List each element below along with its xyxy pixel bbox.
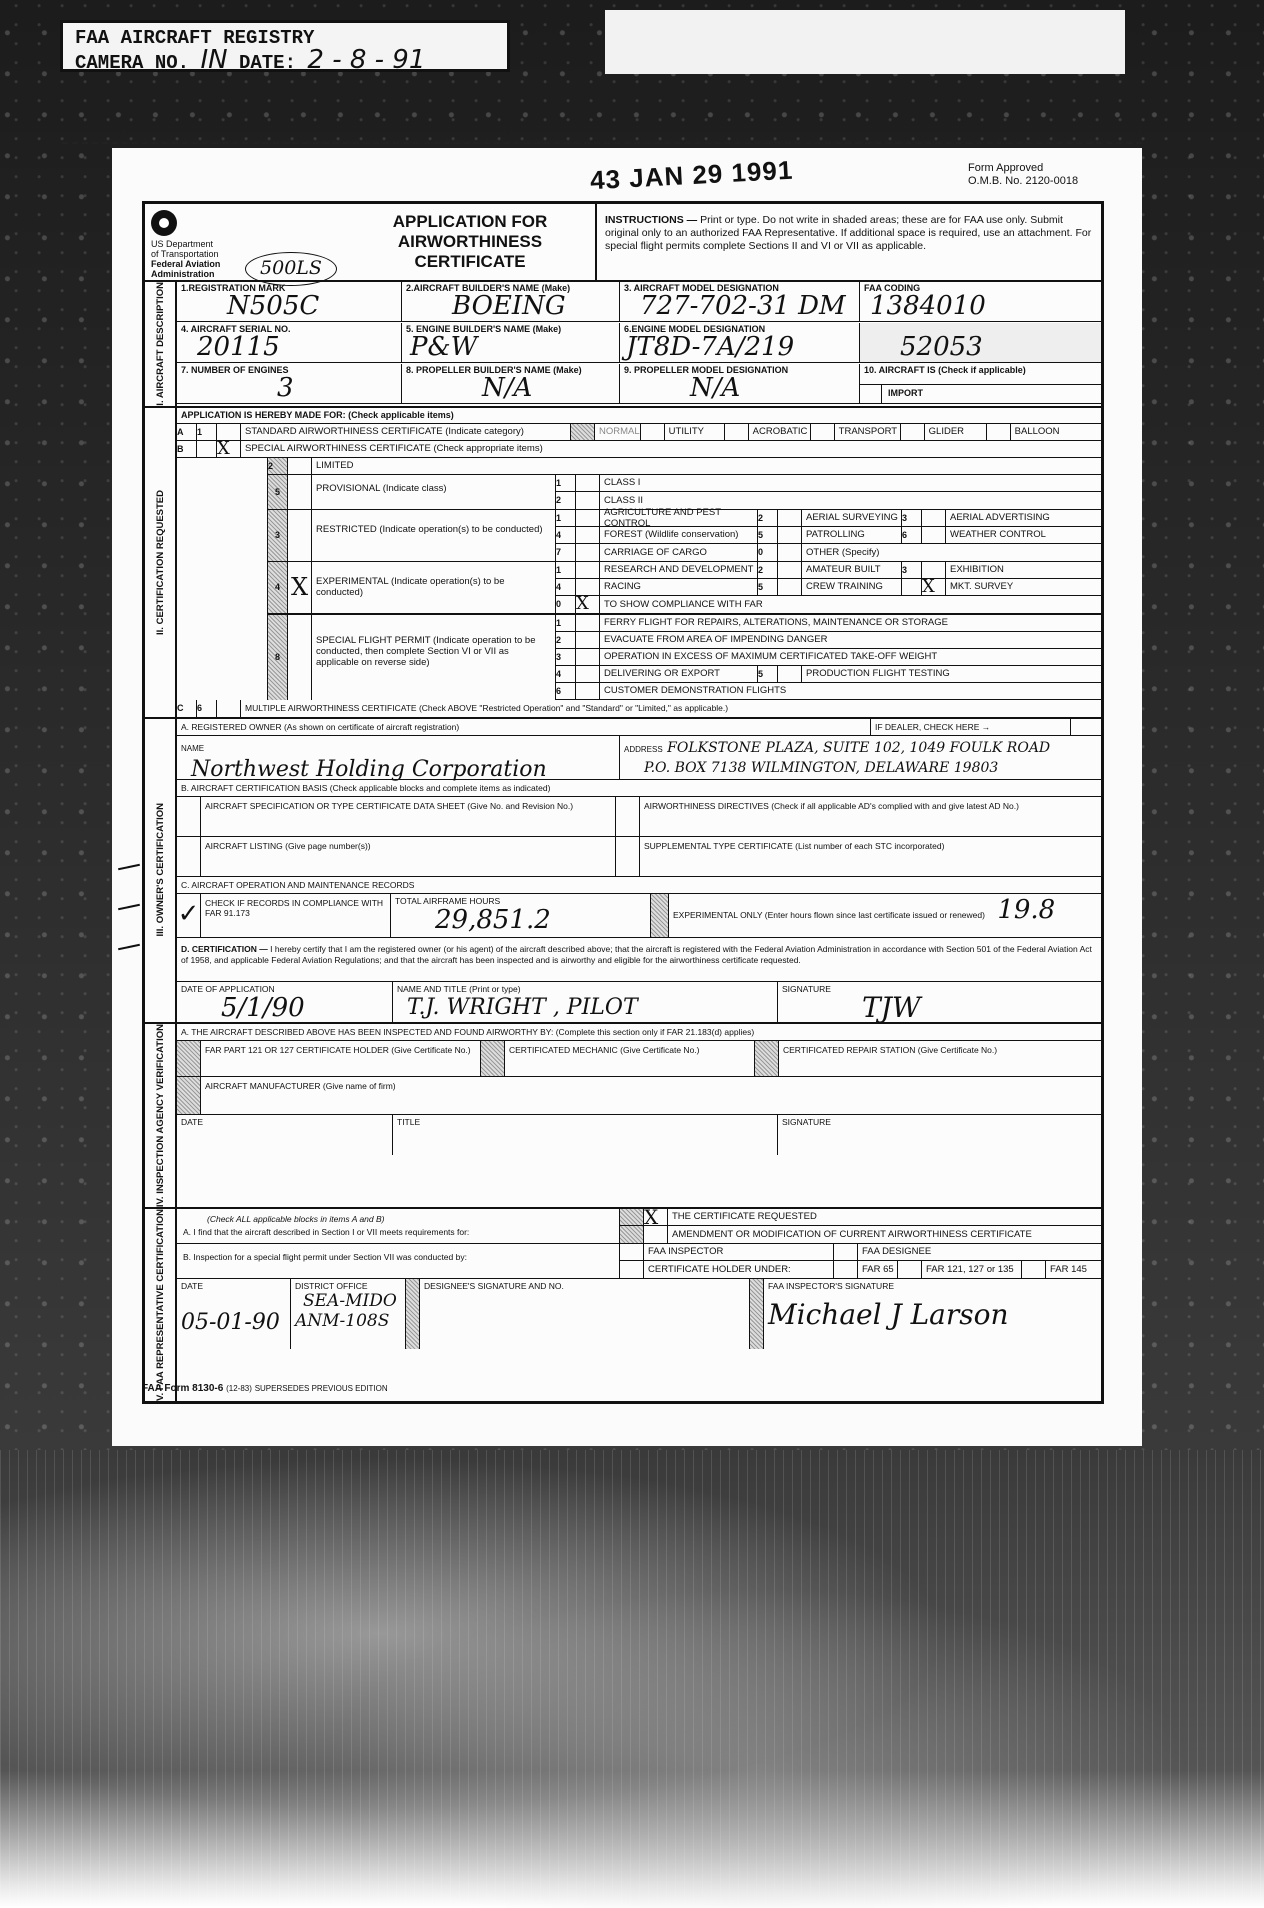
operation-row: 6CUSTOMER DEMONSTRATION FLIGHTS [556, 683, 1101, 700]
dot-logo-area: US Department of Transportation Federal … [145, 204, 345, 280]
field-value: N/A [690, 374, 740, 402]
inspection-heading: A. THE AIRCRAFT DESCRIBED ABOVE HAS BEEN… [177, 1024, 1101, 1041]
cert-requested-checkbox[interactable]: X [644, 1209, 668, 1225]
category-checkbox[interactable] [901, 424, 925, 440]
shaded-cell [177, 1077, 201, 1114]
registration-mark-field[interactable]: 1.REGISTRATION MARKN505C [177, 282, 402, 322]
special-flight-label: SPECIAL FLIGHT PERMIT (Indicate operatio… [312, 615, 556, 700]
far145-checkbox[interactable] [1022, 1261, 1046, 1278]
field-value: 3 [277, 374, 294, 402]
basis-row-1: AIRCRAFT SPECIFICATION OR TYPE CERTIFICA… [177, 797, 1101, 837]
experimental-operations: 1RESEARCH AND DEVELOPMENT 2AMATEUR BUILT… [556, 562, 1101, 613]
shaded-cell [620, 1209, 644, 1225]
shaded-cell [620, 1226, 644, 1243]
category-checkbox[interactable] [571, 424, 595, 440]
op-label: WEATHER CONTROL [946, 527, 1101, 543]
experimental-group: 4 X EXPERIMENTAL (Indicate operation(s) … [268, 562, 1101, 615]
indent-spacer [177, 458, 268, 700]
field-value: BOEING [452, 292, 566, 320]
multiple-cert-row: C 6 MULTIPLE AIRWORTHINESS CERTIFICATE (… [177, 700, 1101, 717]
engine-model-field[interactable]: 6.ENGINE MODEL DESIGNATIONJT8D-7A/219 [620, 323, 860, 363]
operation-row: 1FERRY FLIGHT FOR REPAIRS, ALTERATIONS, … [556, 615, 1101, 632]
inspection-title-field[interactable]: TITLE [393, 1115, 778, 1155]
option-row: AMENDMENT OR MODIFICATION OF CURRENT AIR… [620, 1226, 1101, 1243]
op-label: AMATEUR BUILT [802, 562, 902, 578]
category-transport: TRANSPORT [835, 424, 901, 440]
registry-stamp-title: FAA AIRCRAFT REGISTRY [75, 27, 495, 49]
agency-line: US Department [151, 239, 339, 249]
registry-stamp: FAA AIRCRAFT REGISTRY CAMERA NO. IN DATE… [60, 20, 510, 72]
restricted-group: 3 RESTRICTED (Indicate operation(s) to b… [268, 510, 1101, 562]
restricted-label: RESTRICTED (Indicate operation(s) to be … [312, 510, 556, 561]
op-label: AERIAL ADVERTISING [946, 510, 1101, 526]
cert-text: I hereby certify that I am the registere… [181, 944, 1092, 965]
faa-b-options: FAA INSPECTOR FAA DESIGNEE CERTIFICATE H… [620, 1244, 1101, 1278]
field-value: N/A [482, 374, 532, 402]
records-checkbox[interactable]: ✓ [177, 894, 201, 937]
option-row: FAA INSPECTOR FAA DESIGNEE [620, 1244, 1101, 1261]
listing-checkbox[interactable] [177, 837, 201, 876]
op-checkbox[interactable] [922, 510, 946, 526]
section-inspection-agency: IV. INSPECTION AGENCY VERIFICATION A. TH… [145, 1024, 1101, 1209]
op-label: EXHIBITION [946, 562, 1101, 578]
section-label: II. CERTIFICATION REQUESTED [145, 408, 177, 717]
faa-designee-checkbox[interactable] [834, 1244, 858, 1260]
class-checkbox[interactable] [576, 475, 600, 491]
far-compliance-checkbox[interactable]: X [576, 596, 600, 613]
perforation-line [62, 142, 1142, 144]
ad-label: AIRWORTHINESS DIRECTIVES (Check if all a… [640, 797, 1101, 836]
name-title-field[interactable]: NAME AND TITLE (Print or type) T.J. WRIG… [393, 982, 778, 1022]
op-code: 5 [758, 527, 778, 543]
exp-hours-label: EXPERIMENTAL ONLY (Enter hours flown sin… [673, 910, 985, 920]
check-note: (Check ALL applicable blocks in items A … [183, 1213, 613, 1226]
class-row: 1CLASS I [556, 475, 1101, 492]
limited-row: 2 LIMITED [268, 458, 1101, 475]
option-row: X THE CERTIFICATE REQUESTED [620, 1209, 1101, 1226]
section-label-text: I. AIRCRAFT DESCRIPTION [155, 282, 166, 406]
model-designation-field[interactable]: 3. AIRCRAFT MODEL DESIGNATION727-702-31 … [620, 282, 860, 322]
op-label: CREW TRAINING [802, 579, 902, 595]
op-label: PATROLLING [802, 527, 902, 543]
field-value: N505C [227, 292, 319, 320]
restricted-operations: 1AGRICULTURE AND PEST CONTROL 2AERIAL SU… [556, 510, 1101, 561]
far121-checkbox[interactable] [898, 1261, 922, 1278]
multiple-cert-label: MULTIPLE AIRWORTHINESS CERTIFICATE (Chec… [241, 700, 1101, 717]
shaded-cell [177, 1041, 201, 1076]
supersedes-note: SUPERSEDES PREVIOUS EDITION [255, 1384, 388, 1393]
section-faa-representative: V. FAA REPRESENTATIVE CERTIFICATION (Che… [145, 1209, 1101, 1401]
district-line1: SEA-MIDO [295, 1291, 401, 1311]
instructions: INSTRUCTIONS — Print or type. Do not wri… [595, 204, 1101, 280]
propeller-model-field[interactable]: 9. PROPELLER MODEL DESIGNATIONN/A [620, 364, 860, 404]
records-row: ✓ CHECK IF RECORDS IN COMPLIANCE WITH FA… [177, 894, 1101, 938]
certification-body: APPLICATION IS HEREBY MADE FOR: (Check a… [177, 408, 1101, 717]
application-date-field[interactable]: DATE OF APPLICATION 5/1/90 [177, 982, 393, 1022]
shaded-cell [755, 1041, 779, 1076]
cert-requested-label: THE CERTIFICATE REQUESTED [668, 1209, 1101, 1225]
op-checkbox[interactable] [922, 527, 946, 543]
scan-noise-bottom [0, 1450, 1264, 1908]
option-row: CERTIFICATE HOLDER UNDER: FAR 65 FAR 121… [620, 1261, 1101, 1278]
amendment-label: AMENDMENT OR MODIFICATION OF CURRENT AIR… [668, 1226, 1101, 1243]
op-code: 7 [556, 544, 576, 561]
manufacturer-label[interactable]: AIRCRAFT MANUFACTURER (Give name of firm… [201, 1077, 1101, 1114]
section-certification-requested: II. CERTIFICATION REQUESTED APPLICATION … [145, 408, 1101, 719]
instructions-heading: INSTRUCTIONS — [605, 214, 697, 226]
special-flight-group: 8 SPECIAL FLIGHT PERMIT (Indicate operat… [268, 615, 1101, 700]
row-code: 1 [197, 424, 217, 440]
op-checkbox[interactable] [576, 632, 600, 648]
op-checkbox[interactable] [576, 510, 600, 526]
row-code: 6 [197, 700, 217, 717]
far121-label: FAR 121, 127 or 135 [922, 1261, 1022, 1278]
op-code: 0 [556, 596, 576, 613]
section-label: I. AIRCRAFT DESCRIPTION [145, 282, 177, 406]
op-code: 2 [758, 562, 778, 578]
application-heading: APPLICATION IS HEREBY MADE FOR: (Check a… [177, 408, 1101, 423]
field-value: JT8D-7A/219 [626, 333, 794, 361]
district-line2: ANM-108S [295, 1311, 401, 1331]
op-label: FOREST (Wildlife conservation) [600, 527, 758, 543]
airworthiness-form: US Department of Transportation Federal … [142, 201, 1104, 1404]
faa-a-options: X THE CERTIFICATE REQUESTED AMENDMENT OR… [620, 1209, 1101, 1243]
op-label: TO SHOW COMPLIANCE WITH FAR [600, 596, 1101, 613]
op-checkbox[interactable] [778, 579, 802, 595]
district-label: DISTRICT OFFICE [295, 1281, 401, 1291]
op-label: DELIVERING OR EXPORT [600, 666, 758, 682]
operation-row: 4FOREST (Wildlife conservation) 5PATROLL… [556, 527, 1101, 544]
date-label: DATE: [239, 52, 296, 74]
row-letter: C [177, 700, 197, 717]
op-code: 1 [556, 615, 576, 631]
import-label: IMPORT [882, 385, 929, 403]
form-approved-line1: Form Approved [968, 162, 1078, 175]
form-approved: Form Approved O.M.B. No. 2120-0018 [968, 162, 1078, 188]
category-utility: UTILITY [665, 424, 725, 440]
far65-label: FAR 65 [858, 1261, 898, 1278]
category-checkbox[interactable] [725, 424, 749, 440]
stamp-date: 2 - 8 - 91 [307, 45, 425, 75]
aircraft-is-field: 10. AIRCRAFT IS (Check if applicable) IM… [860, 364, 1101, 404]
owner-name: Northwest Holding Corporation [181, 756, 615, 784]
multiple-checkbox[interactable] [217, 700, 241, 717]
hours-value: 29,851.2 [395, 906, 646, 934]
manufacturer-row: AIRCRAFT MANUFACTURER (Give name of firm… [177, 1077, 1101, 1115]
option-code: 3 [268, 510, 288, 561]
number-of-engines-field[interactable]: 7. NUMBER OF ENGINES3 [177, 364, 402, 404]
op-label: MKT. SURVEY [946, 579, 1101, 595]
provisional-checkbox[interactable] [288, 475, 312, 509]
cert-holder-label: CERTIFICATE HOLDER UNDER: [644, 1261, 834, 1278]
registered-owner-heading: A. REGISTERED OWNER (As shown on certifi… [177, 719, 1101, 736]
faa-a-statement: A. I find that the aircraft described in… [183, 1226, 613, 1239]
spec-checkbox[interactable] [177, 797, 201, 836]
special-flight-checkbox[interactable] [288, 615, 312, 700]
operation-row: 4RACING 5CREW TRAINING XMKT. SURVEY [556, 579, 1101, 596]
category-normal: NORMAL [595, 424, 641, 440]
date-value: 5/1/90 [181, 994, 388, 1022]
op-checkbox[interactable] [778, 527, 802, 543]
address-label: ADDRESS [624, 745, 663, 754]
class-code: 1 [556, 475, 576, 491]
form-header: US Department of Transportation Federal … [145, 204, 1101, 282]
operation-row: 4DELIVERING OR EXPORT 5PRODUCTION FLIGHT… [556, 666, 1101, 683]
op-code [902, 579, 922, 595]
inspection-date-field[interactable]: DATE [177, 1115, 393, 1155]
form-title: APPLICATION FOR AIRWORTHINESS CERTIFICAT… [345, 204, 595, 280]
section-label-text: IV. INSPECTION AGENCY VERIFICATION [155, 1024, 166, 1207]
op-label: RESEARCH AND DEVELOPMENT [600, 562, 758, 578]
scan-blank-area [605, 10, 1125, 74]
operation-row: 7CARRIAGE OF CARGO 0OTHER (Specify) [556, 544, 1101, 561]
faa-date-label: DATE [181, 1281, 286, 1291]
faa-coding-field: FAA CODING1384010 [860, 282, 1101, 322]
camera-label: CAMERA NO. [75, 52, 189, 74]
op-label: CARRIAGE OF CARGO [600, 544, 758, 561]
stc-checkbox[interactable] [616, 837, 640, 876]
op-code: 4 [556, 579, 576, 595]
exp-hours-value: 19.8 [987, 895, 1055, 925]
standard-cert-label: STANDARD AIRWORTHINESS CERTIFICATE (Indi… [241, 424, 571, 440]
name-title-value: T.J. WRIGHT , PILOT [397, 994, 773, 1022]
faa-b-statement: B. Inspection for a special flight permi… [177, 1244, 620, 1278]
option-code: 2 [268, 458, 288, 474]
application-heading-row: APPLICATION IS HEREBY MADE FOR: (Check a… [177, 408, 1101, 424]
category-checkbox[interactable] [987, 424, 1011, 440]
op-checkbox[interactable] [778, 562, 802, 578]
section-label: V. FAA REPRESENTATIVE CERTIFICATION [145, 1209, 177, 1401]
provisional-classes: 1CLASS I 2CLASS II [556, 475, 1101, 509]
cert-heading: D. CERTIFICATION — [181, 944, 268, 954]
field-value: 20115 [197, 333, 280, 361]
section-label-text: III. OWNER'S CERTIFICATION [155, 803, 166, 937]
circled-note: 500LS [245, 252, 337, 286]
field-value: 52053 [900, 333, 983, 361]
experimental-hours-field[interactable]: EXPERIMENTAL ONLY (Enter hours flown sin… [669, 894, 1101, 937]
op-checkbox[interactable] [576, 649, 600, 665]
listing-label: AIRCRAFT LISTING (Give page number(s)) [201, 837, 616, 876]
category-glider: GLIDER [925, 424, 987, 440]
op-checkbox[interactable] [778, 510, 802, 526]
title-line: CERTIFICATE [345, 252, 595, 272]
row-letter: A [177, 424, 197, 440]
row-letter: B [177, 441, 197, 457]
spec-label: AIRCRAFT SPECIFICATION OR TYPE CERTIFICA… [201, 797, 616, 836]
shaded-cell [651, 894, 669, 937]
op-label: AGRICULTURE AND PEST CONTROL [600, 510, 758, 526]
inspector-signature-field[interactable]: FAA INSPECTOR'S SIGNATURE Michael J Lars… [764, 1279, 1101, 1349]
op-checkbox[interactable] [576, 544, 600, 561]
mkt-survey-checkbox[interactable]: X [922, 579, 946, 595]
operation-row: 3OPERATION IN EXCESS OF MAXIMUM CERTIFIC… [556, 649, 1101, 666]
serial-no-field[interactable]: 4. AIRCRAFT SERIAL NO.20115 [177, 323, 402, 363]
operation-row: 0XTO SHOW COMPLIANCE WITH FAR [556, 596, 1101, 613]
faa-body: (Check ALL applicable blocks in items A … [177, 1209, 1101, 1401]
op-label: RACING [600, 579, 758, 595]
limited-label: LIMITED [312, 458, 1101, 474]
op-checkbox[interactable] [778, 666, 802, 682]
repair-station-label[interactable]: CERTIFICATED REPAIR STATION (Give Certif… [779, 1041, 1101, 1076]
operation-row: 1AGRICULTURE AND PEST CONTROL 2AERIAL SU… [556, 510, 1101, 527]
shaded-cell [750, 1279, 764, 1349]
title-line: AIRWORTHINESS [345, 232, 595, 252]
section-label: III. OWNER'S CERTIFICATION [145, 719, 177, 1022]
category-acrobatic: ACROBATIC [749, 424, 811, 440]
op-code: 3 [902, 510, 922, 526]
special-cert-row: B X SPECIAL AIRWORTHINESS CERTIFICATE (C… [177, 441, 1101, 458]
stc-label: SUPPLEMENTAL TYPE CERTIFICATE (List numb… [640, 837, 1101, 876]
camera-no: IN [200, 45, 227, 75]
op-code: 3 [902, 562, 922, 578]
amendment-checkbox[interactable] [644, 1226, 668, 1243]
faa-date-field[interactable]: DATE 05-01-90 [177, 1279, 291, 1349]
certification-statement: D. CERTIFICATION — I hereby certify that… [177, 938, 1101, 982]
op-code: 2 [556, 632, 576, 648]
records-label: C. AIRCRAFT OPERATION AND MAINTENANCE RE… [177, 877, 1101, 893]
far65-checkbox[interactable] [834, 1261, 858, 1278]
mechanic-label[interactable]: CERTIFICATED MECHANIC (Give Certificate … [505, 1041, 755, 1076]
shaded-cell [481, 1041, 505, 1076]
import-checkbox[interactable] [860, 385, 882, 403]
category-balloon: BALLOON [1011, 424, 1101, 440]
far145-label: FAR 145 [1046, 1261, 1101, 1278]
builder-name-field[interactable]: 2.AIRCRAFT BUILDER'S NAME (Make)BOEING [402, 282, 620, 322]
section-aircraft-description: I. AIRCRAFT DESCRIPTION 1.REGISTRATION M… [145, 282, 1101, 408]
faa-a-row: (Check ALL applicable blocks in items A … [177, 1209, 1101, 1244]
special-flight-operations: 1FERRY FLIGHT FOR REPAIRS, ALTERATIONS, … [556, 615, 1101, 700]
records-heading: C. AIRCRAFT OPERATION AND MAINTENANCE RE… [177, 877, 1101, 894]
standard-cert-row: A 1 STANDARD AIRWORTHINESS CERTIFICATE (… [177, 424, 1101, 441]
import-row: IMPORT [860, 384, 1101, 403]
special-options: 2 LIMITED 5 PROVISIONAL (Indicate class)… [268, 458, 1101, 700]
operation-row: 1RESEARCH AND DEVELOPMENT 2AMATEUR BUILT… [556, 562, 1101, 579]
op-code: 1 [556, 562, 576, 578]
far121-label[interactable]: FAR PART 121 OR 127 CERTIFICATE HOLDER (… [201, 1041, 481, 1076]
shaded-cell [406, 1279, 420, 1349]
omb-number: O.M.B. No. 2120-0018 [968, 175, 1078, 188]
op-label: AERIAL SURVEYING [802, 510, 902, 526]
name-label: NAME [181, 744, 204, 753]
faa-date-value: 05-01-90 [181, 1291, 286, 1337]
owner-address-field[interactable]: ADDRESS FOLKSTONE PLAZA, SUITE 102, 1049… [620, 736, 1101, 779]
op-code: 6 [556, 683, 576, 699]
special-checkbox[interactable]: X [217, 441, 241, 457]
inspection-signature-field[interactable]: SIGNATURE [778, 1115, 1101, 1155]
basis-row-2: AIRCRAFT LISTING (Give page number(s)) S… [177, 837, 1101, 877]
op-checkbox[interactable] [576, 527, 600, 543]
field-value: 1384010 [870, 292, 986, 320]
op-label: OPERATION IN EXCESS OF MAXIMUM CERTIFICA… [600, 649, 1101, 665]
op-label: OTHER (Specify) [802, 544, 1101, 561]
aircraft-fields: 1.REGISTRATION MARKN505C 2.AIRCRAFT BUIL… [177, 282, 1101, 406]
owner-heading: A. REGISTERED OWNER (As shown on certifi… [177, 719, 871, 735]
inspector-types-row: FAR PART 121 OR 127 CERTIFICATE HOLDER (… [177, 1041, 1101, 1077]
name-title-label: NAME AND TITLE (Print or type) [397, 984, 773, 994]
signature-row: DATE OF APPLICATION 5/1/90 NAME AND TITL… [177, 982, 1101, 1022]
category-checkbox[interactable] [641, 424, 665, 440]
op-code: 3 [556, 649, 576, 665]
form-number: FAA Form 8130-6 [142, 1383, 223, 1394]
inspection-heading-text: A. THE AIRCRAFT DESCRIBED ABOVE HAS BEEN… [177, 1024, 1101, 1040]
inspector-signature: Michael J Larson [768, 1291, 1097, 1329]
field-value: P&W [410, 333, 477, 361]
faa-b-row: B. Inspection for a special flight permi… [177, 1244, 1101, 1279]
op-code: 4 [556, 666, 576, 682]
owner-name-field[interactable]: NAME Northwest Holding Corporation [177, 736, 620, 779]
airframe-hours-field[interactable]: TOTAL AIRFRAME HOURS 29,851.2 [391, 894, 651, 937]
section-label: IV. INSPECTION AGENCY VERIFICATION [145, 1024, 177, 1207]
faa-inspector-label: FAA INSPECTOR [644, 1244, 834, 1260]
dealer-label: IF DEALER, CHECK HERE → [871, 719, 1071, 735]
owner-row: NAME Northwest Holding Corporation ADDRE… [177, 736, 1101, 780]
op-code: 0 [758, 544, 778, 561]
option-code: 5 [268, 475, 288, 509]
class-checkbox[interactable] [576, 492, 600, 509]
signature-label: SIGNATURE [782, 984, 1097, 994]
restricted-checkbox[interactable] [288, 510, 312, 561]
owner-body: A. REGISTERED OWNER (As shown on certifi… [177, 719, 1101, 1022]
op-checkbox[interactable] [576, 615, 600, 631]
op-code: 5 [758, 579, 778, 595]
option-code: 8 [268, 615, 288, 700]
propeller-builder-field[interactable]: 8. PROPELLER BUILDER'S NAME (Make)N/A [402, 364, 620, 404]
op-code: 1 [556, 510, 576, 526]
op-checkbox[interactable] [576, 666, 600, 682]
experimental-checkbox[interactable]: X [288, 562, 312, 613]
op-label: CUSTOMER DEMONSTRATION FLIGHTS [600, 683, 1101, 699]
title-line: APPLICATION FOR [345, 212, 595, 232]
inspector-signature-label: FAA INSPECTOR'S SIGNATURE [768, 1281, 1097, 1291]
field-value: 727-702-31 DM [640, 292, 846, 320]
owner-signature-field[interactable]: SIGNATURE TJW [778, 982, 1101, 1022]
dot-logo-icon [151, 210, 177, 236]
experimental-label: EXPERIMENTAL (Indicate operation(s) to b… [312, 562, 556, 613]
section-owners-certification: III. OWNER'S CERTIFICATION A. REGISTERED… [145, 719, 1101, 1024]
engine-builder-field[interactable]: 5. ENGINE BUILDER'S NAME (Make)P&W [402, 323, 620, 363]
row-code [197, 441, 217, 457]
field-label: 10. AIRCRAFT IS (Check if applicable) [864, 365, 1026, 375]
limited-checkbox[interactable] [288, 458, 312, 474]
op-checkbox[interactable] [576, 683, 600, 699]
op-code: 6 [902, 527, 922, 543]
ad-checkbox[interactable] [616, 797, 640, 836]
special-cert-detail: 2 LIMITED 5 PROVISIONAL (Indicate class)… [177, 458, 1101, 700]
class-label: CLASS I [600, 475, 1101, 491]
district-office-field[interactable]: DISTRICT OFFICE SEA-MIDO ANM-108S [291, 1279, 406, 1349]
category-checkbox[interactable] [811, 424, 835, 440]
op-checkbox[interactable] [576, 562, 600, 578]
records-compliance-label: CHECK IF RECORDS IN COMPLIANCE WITH FAR … [201, 894, 391, 937]
operation-row: 2EVACUATE FROM AREA OF IMPENDING DANGER [556, 632, 1101, 649]
designee-signature-field[interactable]: DESIGNEE'S SIGNATURE AND NO. [420, 1279, 750, 1349]
op-checkbox[interactable] [778, 544, 802, 561]
owner-signature: TJW [782, 994, 1097, 1022]
section-label-text: V. FAA REPRESENTATIVE CERTIFICATION [155, 1209, 166, 1401]
inspection-body: A. THE AIRCRAFT DESCRIBED ABOVE HAS BEEN… [177, 1024, 1101, 1207]
cert-holder-checkbox[interactable] [620, 1261, 644, 1278]
faa-designee-label: FAA DESIGNEE [858, 1244, 1101, 1260]
inspection-sign-row: DATE TITLE SIGNATURE [177, 1115, 1101, 1155]
dealer-checkbox[interactable] [1071, 719, 1101, 735]
faa-inspector-checkbox[interactable] [620, 1244, 644, 1260]
faa-a-text: (Check ALL applicable blocks in items A … [177, 1209, 620, 1243]
field-label: 7. NUMBER OF ENGINES [181, 365, 289, 375]
address-line1: FOLKSTONE PLAZA, SUITE 102, 1049 FOULK R… [667, 740, 1050, 756]
form-footer: FAA Form 8130-6 (12-83) SUPERSEDES PREVI… [142, 1383, 388, 1394]
op-label: PRODUCTION FLIGHT TESTING [802, 666, 1101, 682]
provisional-group: 5 PROVISIONAL (Indicate class) 1CLASS I … [268, 475, 1101, 510]
